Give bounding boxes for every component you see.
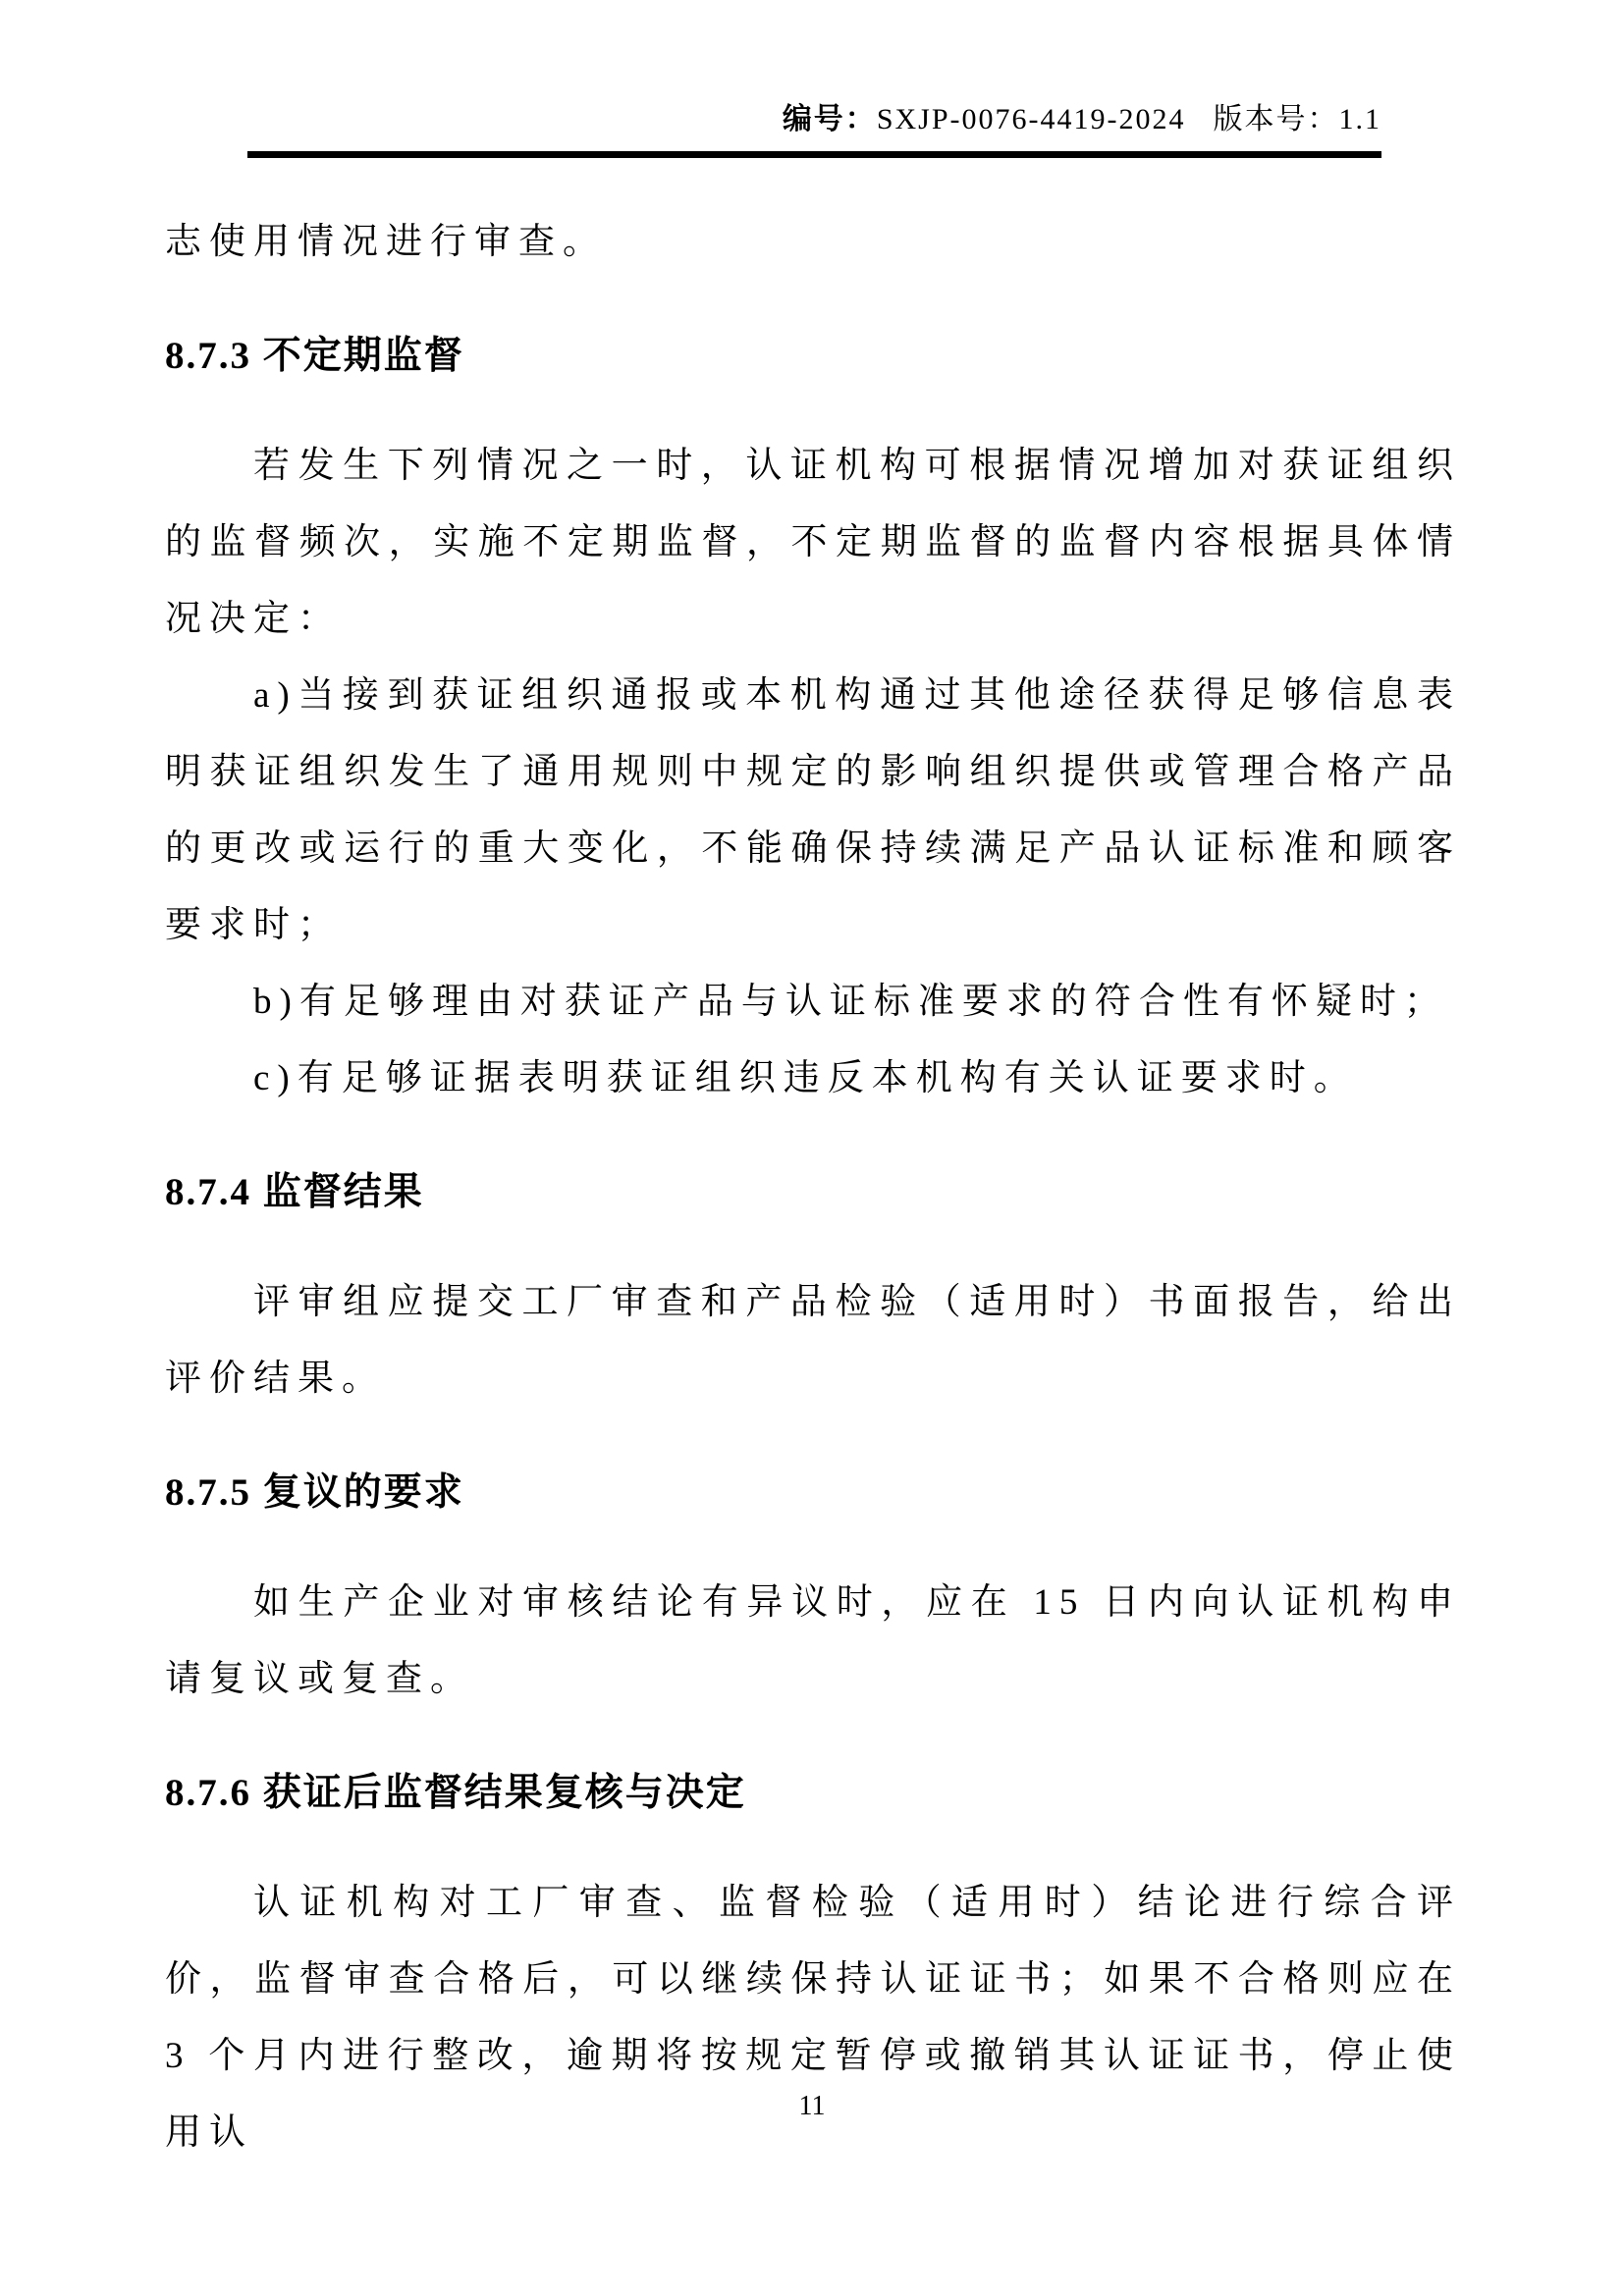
paragraph-item-a: a)当接到获证组织通报或本机构通过其他途径获得足够信息表明获证组织发生了通用规则… bbox=[165, 658, 1461, 964]
page-header: 编号：SXJP-0076-4419-2024版本号：1.1 bbox=[247, 98, 1381, 141]
doc-number-value: SXJP-0076-4419-2024 bbox=[877, 103, 1186, 135]
doc-number-label: 编号： bbox=[783, 103, 877, 135]
section-heading-8-7-6: 8.7.6 获证后监督结果复核与决定 bbox=[165, 1755, 1461, 1832]
section-heading-8-7-5: 8.7.5 复议的要求 bbox=[165, 1455, 1461, 1531]
paragraph-item-b: b)有足够理由对获证产品与认证标准要求的符合性有怀疑时； bbox=[165, 964, 1461, 1041]
section-heading-8-7-3: 8.7.3 不定期监督 bbox=[165, 318, 1461, 395]
doc-version-value: 1.1 bbox=[1339, 103, 1382, 135]
document-body: 志使用情况进行审查。 8.7.3 不定期监督 若发生下列情况之一时，认证机构可根… bbox=[165, 204, 1461, 2171]
paragraph-irregular-intro: 若发生下列情况之一时，认证机构可根据情况增加对获证组织的监督频次，实施不定期监督… bbox=[165, 428, 1461, 658]
paragraph-review-request: 如生产企业对审核结论有异议时，应在 15 日内向认证机构申请复议或复查。 bbox=[165, 1565, 1461, 1718]
paragraph-continuation: 志使用情况进行审查。 bbox=[165, 204, 1461, 281]
page-number: 11 bbox=[0, 2087, 1624, 2126]
document-page: 编号：SXJP-0076-4419-2024版本号：1.1 志使用情况进行审查。… bbox=[0, 0, 1624, 2296]
section-heading-8-7-4: 8.7.4 监督结果 bbox=[165, 1154, 1461, 1231]
paragraph-item-c: c)有足够证据表明获证组织违反本机构有关认证要求时。 bbox=[165, 1041, 1461, 1117]
paragraph-supervision-result: 评审组应提交工厂审查和产品检验（适用时）书面报告，给出评价结果。 bbox=[165, 1264, 1461, 1417]
header-rule bbox=[247, 151, 1381, 158]
doc-version-label: 版本号： bbox=[1214, 103, 1339, 135]
